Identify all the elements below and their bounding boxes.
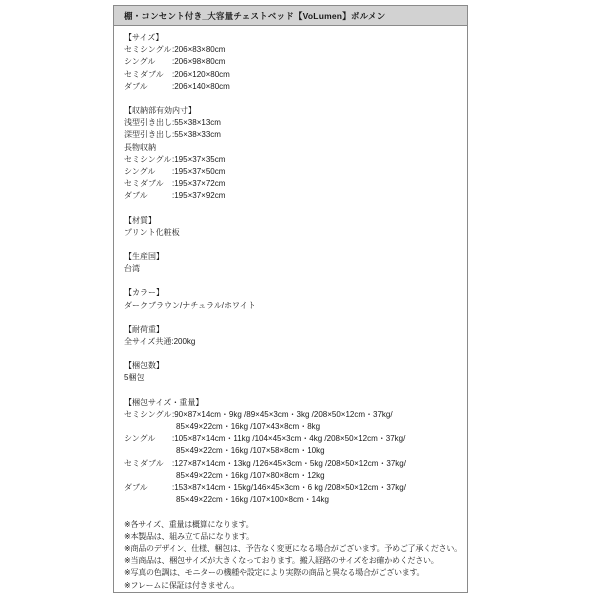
storage-subheading: 長物収納 bbox=[124, 142, 463, 154]
title-bar: 棚・コンセント付き_大容量チェストベッド【VoLumen】ボルメン bbox=[114, 6, 467, 26]
note-line: ※写真の色調は、モニターの機種や設定により実際の商品と異なる場合がございます。 bbox=[124, 567, 463, 579]
spec-row-value: :105×87×14cm・11kg /104×45×3cm・4kg /208×5… bbox=[172, 434, 405, 443]
spec-row-value: :206×83×80cm bbox=[172, 45, 225, 54]
section-material: 【材質】 プリント化粧板 bbox=[124, 215, 463, 239]
section-heading: 【梱包サイズ・重量】 bbox=[124, 397, 463, 409]
spec-body: 【サイズ】 セミシングル:206×83×80cm シングル:206×98×80c… bbox=[114, 26, 467, 592]
spec-row-continuation: 85×49×22cm・16kg /107×43×8cm・8kg bbox=[124, 421, 463, 433]
spec-row: セミダブル:195×37×72cm bbox=[124, 178, 463, 190]
section-load-capacity: 【耐荷重】 全サイズ共通:200kg bbox=[124, 324, 463, 348]
spec-row-label: セミダブル bbox=[124, 178, 172, 190]
section-heading: 【収納部有効内寸】 bbox=[124, 105, 463, 117]
section-storage: 【収納部有効内寸】 浅型引き出し:55×38×13cm 深型引き出し:55×38… bbox=[124, 105, 463, 203]
product-title: 棚・コンセント付き_大容量チェストベッド【VoLumen】ボルメン bbox=[124, 10, 385, 22]
spec-row-value: :195×37×72cm bbox=[172, 179, 225, 188]
spec-row: 浅型引き出し:55×38×13cm bbox=[124, 117, 463, 129]
section-notes: ※各サイズ、重量は概算になります。 ※本製品は、組み立て品になります。 ※商品の… bbox=[124, 519, 463, 592]
spec-row-label: ダブル bbox=[124, 190, 172, 202]
spec-row: ダブル:206×140×80cm bbox=[124, 81, 463, 93]
spec-row-label: セミシングル bbox=[124, 44, 172, 56]
spec-row-label: シングル bbox=[124, 433, 172, 445]
color-value: ダークブラウン/ナチュラル/ホワイト bbox=[124, 300, 463, 312]
note-line: ※フレームに保証は付きません。 bbox=[124, 580, 463, 592]
load-capacity-value: 全サイズ共通:200kg bbox=[124, 336, 463, 348]
spec-row-label: セミシングル bbox=[124, 154, 172, 166]
spec-row-label: ダブル bbox=[124, 81, 172, 93]
section-color: 【カラー】 ダークブラウン/ナチュラル/ホワイト bbox=[124, 287, 463, 311]
spec-row-label: シングル bbox=[124, 56, 172, 68]
spec-row: ダブル:153×87×14cm・15kg/146×45×3cm・6 kg /20… bbox=[124, 482, 463, 494]
spec-row: セミシングル:90×87×14cm・9kg /89×45×3cm・3kg /20… bbox=[124, 409, 463, 421]
note-line: ※商品のデザイン、仕様、梱包は、予告なく変更になる場合がございます。予めご了承く… bbox=[124, 543, 463, 555]
spec-row: シングル:195×37×50cm bbox=[124, 166, 463, 178]
spec-row-label: セミダブル bbox=[124, 458, 172, 470]
spec-row-label: 深型引き出し bbox=[124, 130, 172, 139]
spec-row: 深型引き出し:55×38×33cm bbox=[124, 129, 463, 141]
spec-row-value: :206×140×80cm bbox=[172, 82, 230, 91]
spec-row-value: :195×37×92cm bbox=[172, 191, 225, 200]
spec-row-value: :127×87×14cm・13kg /126×45×3cm・5kg /208×5… bbox=[172, 459, 406, 468]
section-package-size: 【梱包サイズ・重量】 セミシングル:90×87×14cm・9kg /89×45×… bbox=[124, 397, 463, 507]
material-value: プリント化粧板 bbox=[124, 227, 463, 239]
package-count-value: 5梱包 bbox=[124, 372, 463, 384]
note-line: ※本製品は、組み立て品になります。 bbox=[124, 531, 463, 543]
spec-row-label: セミダブル bbox=[124, 69, 172, 81]
spec-row-continuation: 85×49×22cm・16kg /107×58×8cm・10kg bbox=[124, 445, 463, 457]
spec-row-continuation: 85×49×22cm・16kg /107×80×8cm・12kg bbox=[124, 470, 463, 482]
section-country: 【生産国】 台湾 bbox=[124, 251, 463, 275]
spec-row: セミダブル:206×120×80cm bbox=[124, 69, 463, 81]
spec-row: セミシングル:206×83×80cm bbox=[124, 44, 463, 56]
spec-row-value: :206×120×80cm bbox=[172, 70, 230, 79]
section-heading: 【サイズ】 bbox=[124, 32, 463, 44]
note-line: ※当商品は、梱包サイズが大きくなっております。搬入経路のサイズをお確かめください… bbox=[124, 555, 463, 567]
spec-row-value: :153×87×14cm・15kg/146×45×3cm・6 kg /208×5… bbox=[172, 483, 406, 492]
section-size: 【サイズ】 セミシングル:206×83×80cm シングル:206×98×80c… bbox=[124, 32, 463, 93]
spec-row: セミダブル:127×87×14cm・13kg /126×45×3cm・5kg /… bbox=[124, 458, 463, 470]
section-heading: 【耐荷重】 bbox=[124, 324, 463, 336]
section-heading: 【カラー】 bbox=[124, 287, 463, 299]
spec-row-value: :55×38×33cm bbox=[172, 130, 221, 139]
spec-row-value: :195×37×50cm bbox=[172, 167, 225, 176]
spec-row: ダブル:195×37×92cm bbox=[124, 190, 463, 202]
spec-row-label: ダブル bbox=[124, 482, 172, 494]
spec-row-label: 浅型引き出し bbox=[124, 118, 172, 127]
section-package-count: 【梱包数】 5梱包 bbox=[124, 360, 463, 384]
section-heading: 【材質】 bbox=[124, 215, 463, 227]
spec-row-value: :195×37×35cm bbox=[172, 155, 225, 164]
spec-row: セミシングル:195×37×35cm bbox=[124, 154, 463, 166]
section-heading: 【生産国】 bbox=[124, 251, 463, 263]
spec-row-label: セミシングル bbox=[124, 409, 172, 421]
spec-row: シングル:206×98×80cm bbox=[124, 56, 463, 68]
spec-row: シングル:105×87×14cm・11kg /104×45×3cm・4kg /2… bbox=[124, 433, 463, 445]
spec-row-label: シングル bbox=[124, 166, 172, 178]
spec-row-continuation: 85×49×22cm・16kg /107×100×8cm・14kg bbox=[124, 494, 463, 506]
spec-row-value: :55×38×13cm bbox=[172, 118, 221, 127]
section-heading: 【梱包数】 bbox=[124, 360, 463, 372]
spec-row-value: :206×98×80cm bbox=[172, 57, 225, 66]
spec-row-value: :90×87×14cm・9kg /89×45×3cm・3kg /208×50×1… bbox=[172, 410, 393, 419]
note-line: ※各サイズ、重量は概算になります。 bbox=[124, 519, 463, 531]
product-spec-panel: 棚・コンセント付き_大容量チェストベッド【VoLumen】ボルメン 【サイズ】 … bbox=[113, 5, 468, 593]
country-value: 台湾 bbox=[124, 263, 463, 275]
